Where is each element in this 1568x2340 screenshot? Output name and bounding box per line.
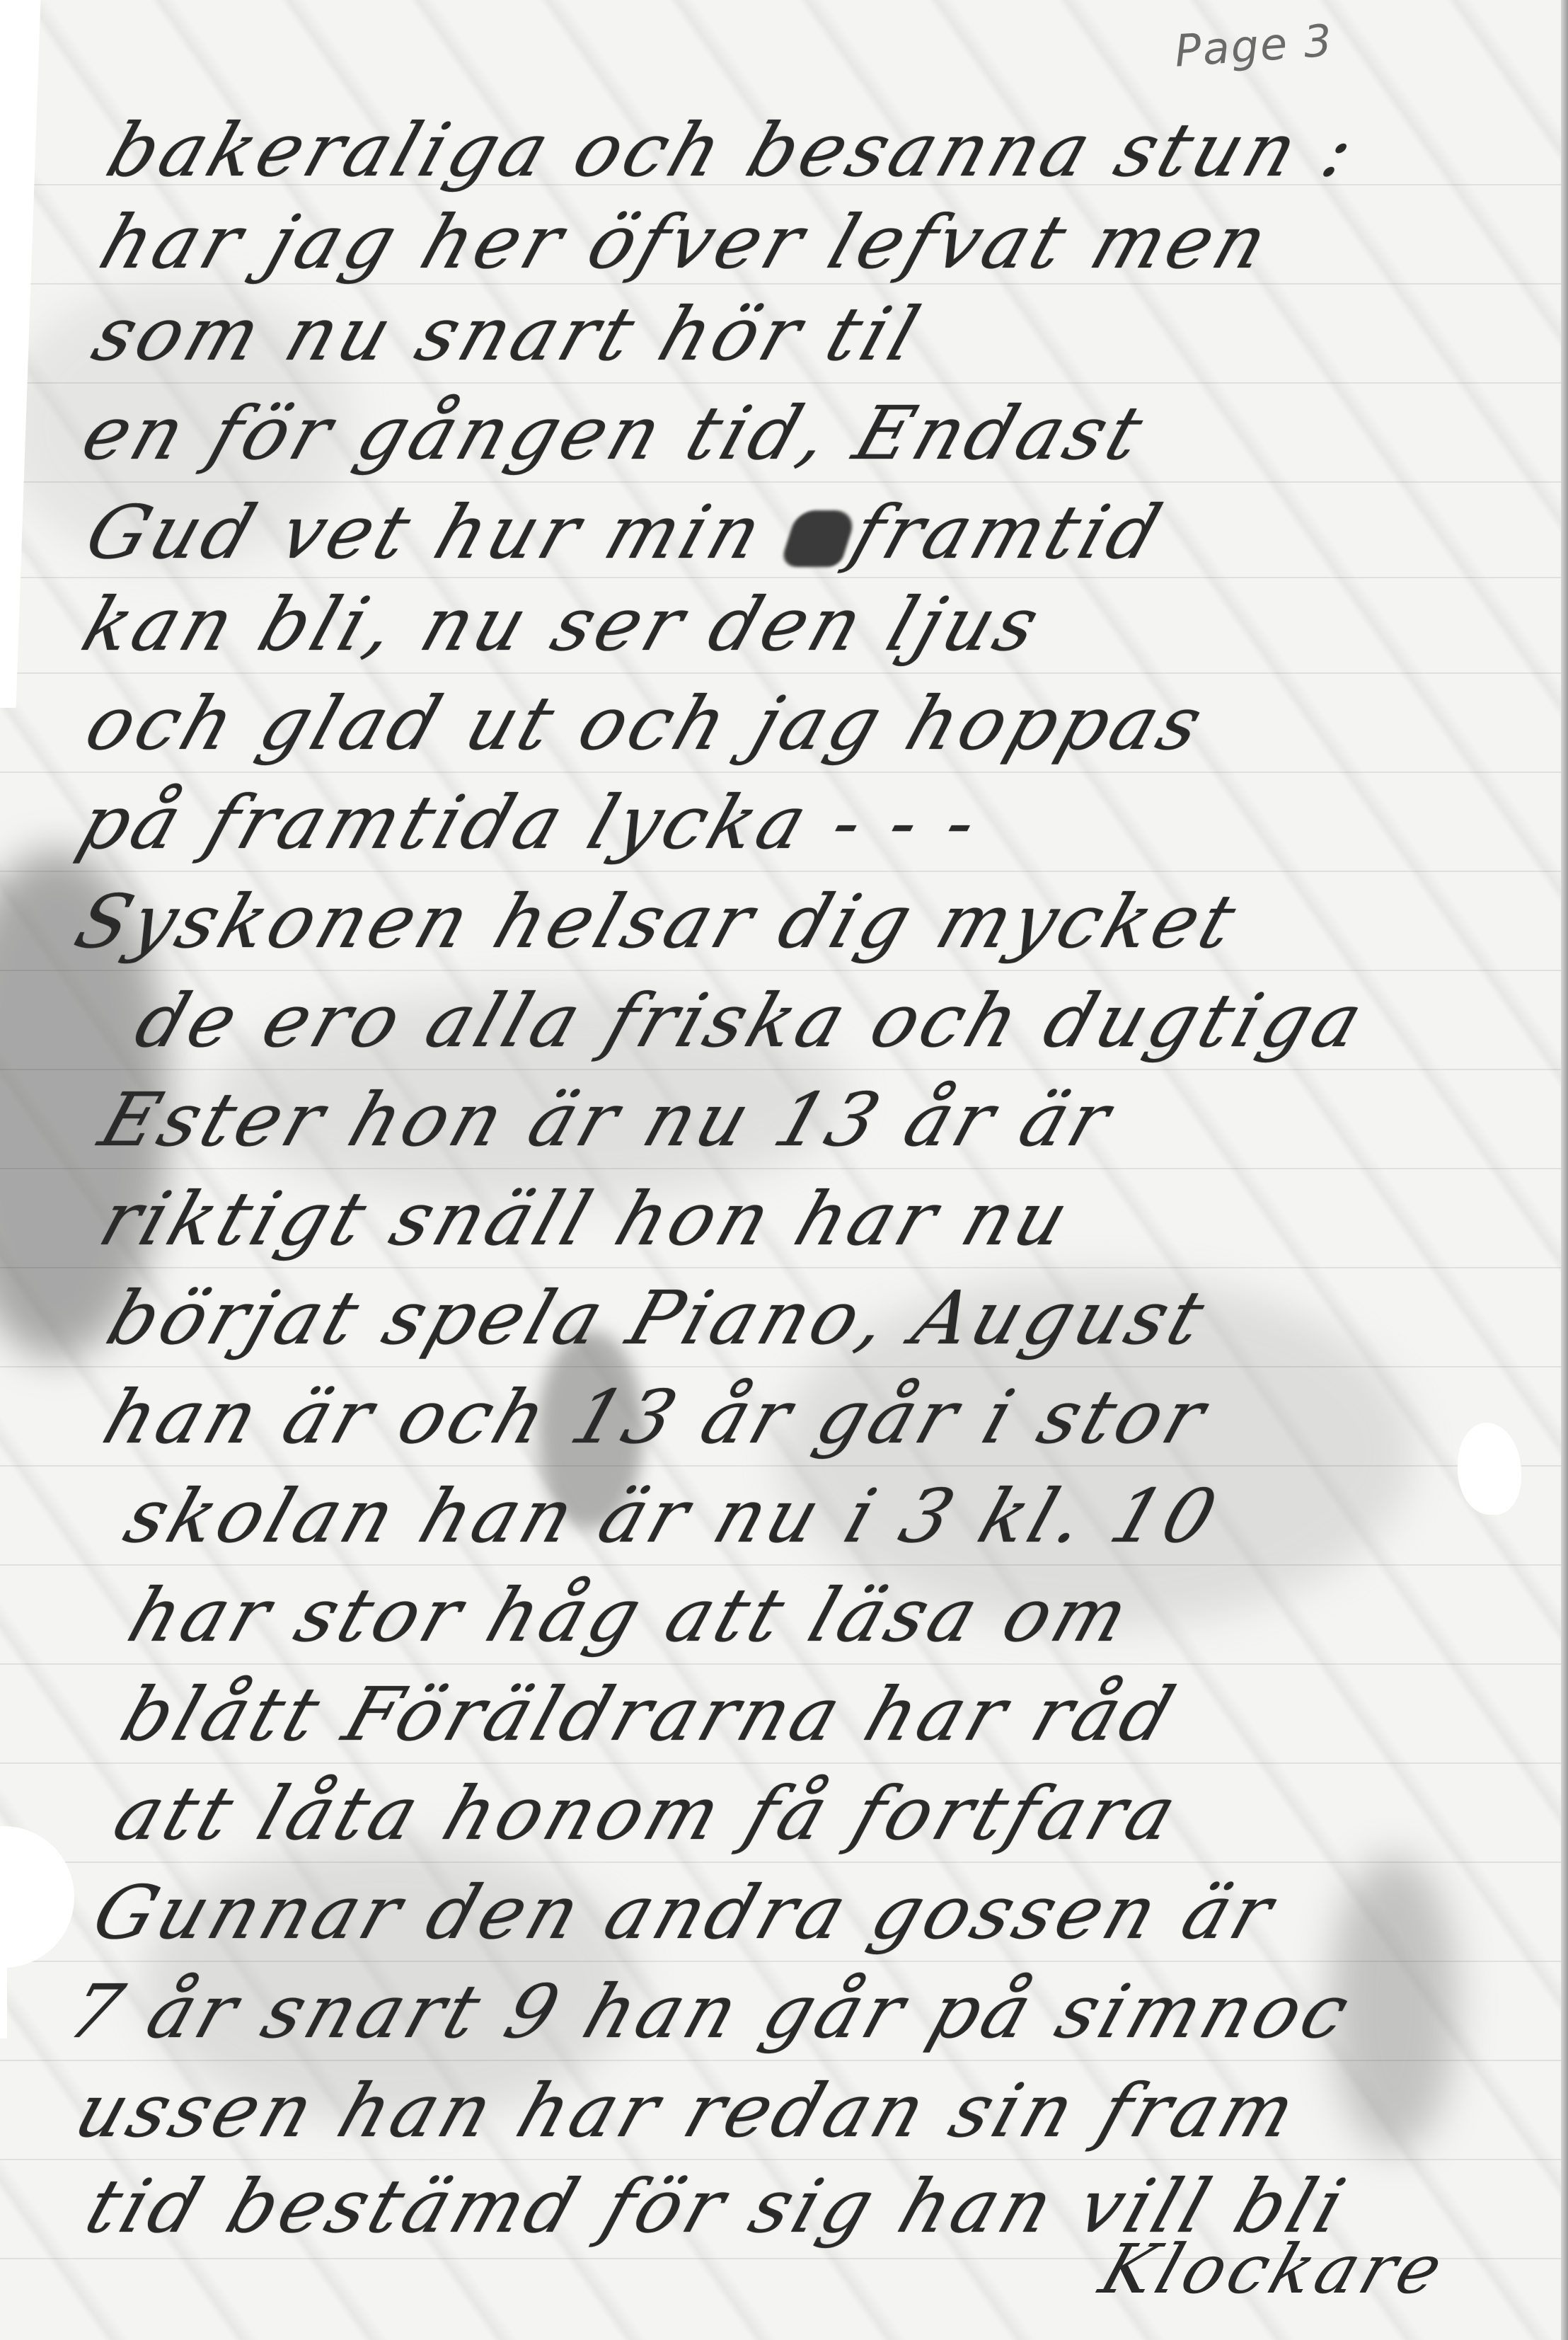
letter-line: 7 år snart 9 han går på simnoc [60, 1975, 1361, 2048]
ruled-line [0, 577, 1568, 578]
letter-line: ussen han har redan sin fram [67, 2074, 1308, 2147]
ruled-line [0, 2060, 1568, 2061]
ruled-line [0, 1762, 1568, 1764]
letter-line: Gud vet hur min framtid [78, 495, 1173, 569]
ruled-line [0, 1961, 1568, 1962]
paper-edge [1561, 0, 1568, 2340]
letter-line: han är och 13 år går i stor [96, 1380, 1218, 1454]
ruled-line [0, 772, 1568, 773]
ruled-line [0, 1663, 1568, 1665]
letter-page: Page 3 bakeraliga och besanna stun : har… [0, 0, 1568, 2340]
letter-line: och glad ut och jag hoppas [78, 687, 1215, 760]
ruled-line [0, 1366, 1568, 1367]
letter-line: har jag her öfver lefvat men [92, 205, 1280, 279]
letter-line-text: Gud vet hur min [76, 489, 776, 575]
letter-line: kan bli, nu ser den ljus [74, 587, 1051, 661]
letter-line: blått Föräldrarna har råd [113, 1677, 1186, 1751]
ruled-line [0, 970, 1568, 971]
letter-line: de ero alla friska och dugtiga [127, 984, 1375, 1057]
letter-line: Ester hon är nu 13 år är [92, 1083, 1123, 1157]
letter-line: Syskonen helsar dig mycket [67, 885, 1248, 958]
ruled-line [0, 1168, 1568, 1169]
page-number-annotation: Page 3 [1173, 14, 1335, 76]
letter-line: en för gången tid, Endast [74, 396, 1155, 470]
ruled-line [0, 871, 1568, 872]
letter-line: börjat spela Piano, August [99, 1281, 1216, 1355]
letter-line: har stor håg att läsa om [120, 1578, 1141, 1652]
letter-line: Gunnar den andra gossen är [85, 1876, 1285, 1949]
letter-line: skolan han är nu i 3 kl. 10 [117, 1479, 1228, 1553]
torn-edge [0, 1954, 7, 2038]
ruled-line [0, 481, 1568, 483]
ruled-line [0, 1267, 1568, 1268]
ruled-line [0, 1465, 1568, 1467]
letter-line-text: framtid [841, 489, 1175, 575]
ruled-line [0, 2159, 1568, 2160]
letter-line: bakeraliga och besanna stun : [99, 113, 1366, 187]
closing-word: Klockare [1091, 2230, 1456, 2309]
ruled-line [0, 1564, 1568, 1566]
letter-line: på framtida lycka - - - [71, 786, 990, 859]
letter-line: riktigt snäll hon har nu [92, 1182, 1081, 1256]
letter-line: att låta honom få fortfara [106, 1777, 1189, 1850]
ruled-line [0, 672, 1568, 674]
ruled-line [0, 1862, 1568, 1863]
ruled-line [0, 1069, 1568, 1070]
ruled-line [0, 382, 1568, 384]
letter-line: som nu snart hör til [85, 297, 931, 371]
